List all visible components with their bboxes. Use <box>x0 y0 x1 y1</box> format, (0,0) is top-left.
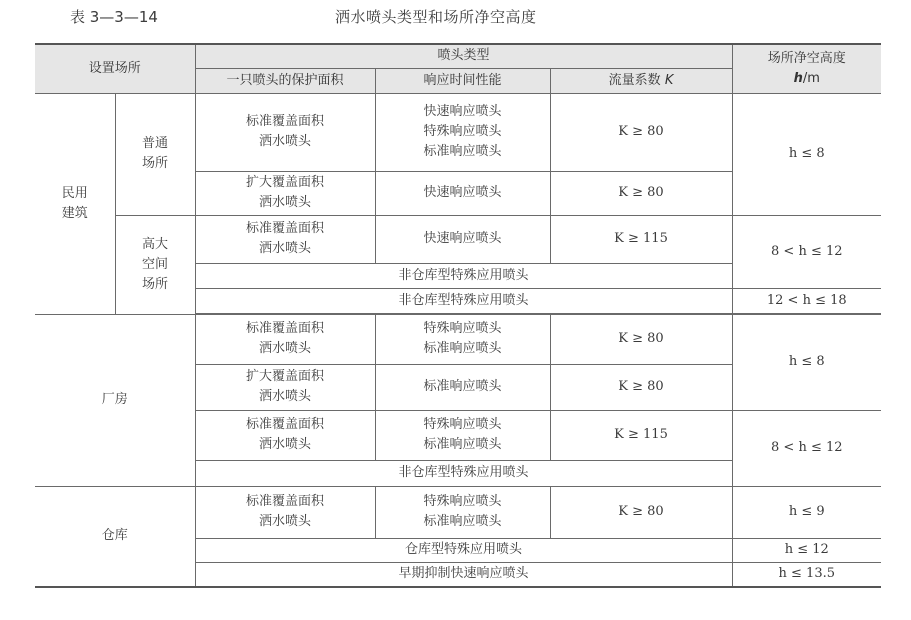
response-cell: 快速响应喷头 <box>375 171 550 215</box>
k-value-cell: K ≥ 80 <box>550 171 732 215</box>
k-value-cell: K ≥ 115 <box>550 410 732 460</box>
category-civil: 民用建筑 <box>35 93 115 314</box>
protection-area-cell: 标准覆盖面积洒水喷头 <box>195 93 375 171</box>
header-sprinkler-type: 喷头类型 <box>195 44 732 68</box>
span-type-cell: 非仓库型特殊应用喷头 <box>195 263 732 288</box>
height-cell: h ≤ 12 <box>732 538 881 562</box>
span-type-cell: 非仓库型特殊应用喷头 <box>195 288 732 313</box>
height-cell: h ≤ 8 <box>732 93 881 215</box>
protection-area-cell: 标准覆盖面积洒水喷头 <box>195 410 375 460</box>
header-height-unit: h/m <box>733 69 882 89</box>
response-cell: 特殊响应喷头标准响应喷头 <box>375 410 550 460</box>
height-cell: 8 < h ≤ 12 <box>732 410 881 486</box>
response-cell: 特殊响应喷头标准响应喷头 <box>375 314 550 364</box>
height-cell: 8 < h ≤ 12 <box>732 215 881 288</box>
category-factory: 厂房 <box>35 314 195 486</box>
header-protection-area: 一只喷头的保护面积 <box>195 68 375 93</box>
subcategory-tall-space: 高大空间场所 <box>115 215 195 314</box>
response-cell: 特殊响应喷头标准响应喷头 <box>375 486 550 538</box>
k-value-cell: K ≥ 80 <box>550 93 732 171</box>
header-response-time: 响应时间性能 <box>375 68 550 93</box>
height-cell: h ≤ 8 <box>732 314 881 410</box>
table-row: 仓库 标准覆盖面积洒水喷头 特殊响应喷头标准响应喷头 K ≥ 80 h ≤ 9 <box>35 486 881 538</box>
table-row: 厂房 标准覆盖面积洒水喷头 特殊响应喷头标准响应喷头 K ≥ 80 h ≤ 8 <box>35 314 881 364</box>
protection-area-cell: 标准覆盖面积洒水喷头 <box>195 314 375 364</box>
table-title: 洒水喷头类型和场所净空高度 <box>335 6 537 27</box>
span-type-cell: 仓库型特殊应用喷头 <box>195 538 732 562</box>
protection-area-cell: 标准覆盖面积洒水喷头 <box>195 486 375 538</box>
response-cell: 标准响应喷头 <box>375 364 550 410</box>
table-number: 表 3—3—14 <box>70 6 158 27</box>
height-cell: h ≤ 9 <box>732 486 881 538</box>
k-value-cell: K ≥ 80 <box>550 364 732 410</box>
response-cell: 快速响应喷头 <box>375 215 550 263</box>
header-height: 场所净空高度 h/m <box>732 44 881 93</box>
protection-area-cell: 标准覆盖面积洒水喷头 <box>195 215 375 263</box>
protection-area-cell: 扩大覆盖面积洒水喷头 <box>195 171 375 215</box>
height-cell: 12 < h ≤ 18 <box>732 288 881 313</box>
span-type-cell: 早期抑制快速响应喷头 <box>195 562 732 587</box>
table-row: 民用建筑 普通场所 标准覆盖面积洒水喷头 快速响应喷头特殊响应喷头标准响应喷头 … <box>35 93 881 171</box>
header-location: 设置场所 <box>35 44 195 93</box>
table-row: 高大空间场所 标准覆盖面积洒水喷头 快速响应喷头 K ≥ 115 8 < h ≤… <box>35 215 881 263</box>
header-height-label: 场所净空高度 <box>733 49 882 69</box>
response-cell: 快速响应喷头特殊响应喷头标准响应喷头 <box>375 93 550 171</box>
category-warehouse: 仓库 <box>35 486 195 587</box>
k-value-cell: K ≥ 115 <box>550 215 732 263</box>
height-cell: h ≤ 13.5 <box>732 562 881 587</box>
protection-area-cell: 扩大覆盖面积洒水喷头 <box>195 364 375 410</box>
header-flow-coefficient: 流量系数 K <box>550 68 732 93</box>
k-value-cell: K ≥ 80 <box>550 486 732 538</box>
k-value-cell: K ≥ 80 <box>550 314 732 364</box>
subcategory-ordinary: 普通场所 <box>115 93 195 215</box>
sprinkler-height-table: 设置场所 喷头类型 场所净空高度 h/m 一只喷头的保护面积 响应时间性能 流量… <box>35 43 881 588</box>
span-type-cell: 非仓库型特殊应用喷头 <box>195 460 732 486</box>
